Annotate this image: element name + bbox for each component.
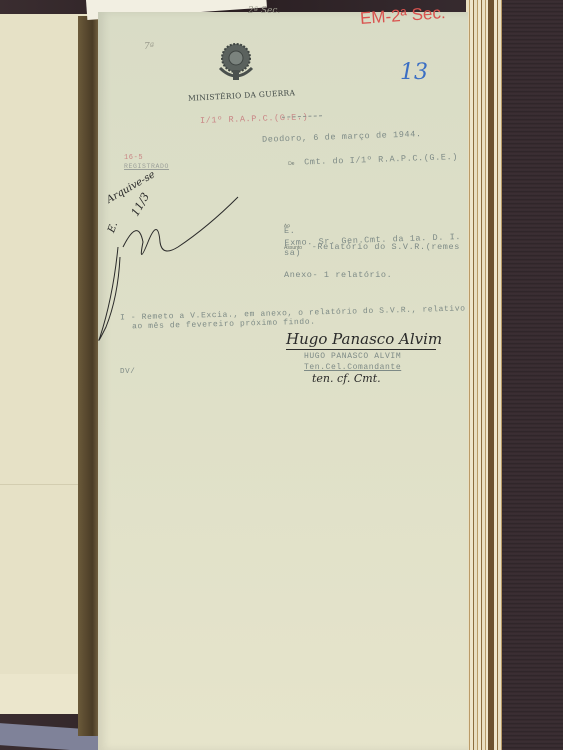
document-page: EM-2ª Sec. 2ª Sec. 13 7ª MINISTÉRIO DA G… (98, 12, 468, 750)
subject-value: -Relatório do S.V.R.(remes (312, 242, 460, 252)
registry-label: REGISTRADO (124, 163, 169, 170)
from-label: De (288, 161, 295, 167)
annex-value: - 1 relatório. (313, 270, 393, 280)
page-stack-edge (466, 0, 502, 750)
pencil-annotation: 2ª Sec. (248, 6, 280, 16)
ministry-name: MINISTÉRIO DA GUERRA (188, 88, 296, 103)
registry-number: 16-5 (124, 154, 143, 162)
signer-title: Ten.Cel.Comandante (304, 363, 401, 372)
date-line: Deodoro, 6 de março de 1944. (262, 129, 422, 145)
from-field: De Cmt. do I/1º R.A.P.C.(G.E.) (288, 146, 458, 170)
page-number: 13 (400, 60, 428, 85)
to-value-cont: E. (284, 226, 295, 236)
desk-surface (500, 0, 563, 750)
corner-annotation: 7ª (144, 42, 154, 52)
handwritten-title: ten. cf. Cmt. (312, 372, 381, 385)
annex-field: Anexo- 1 relatório. (284, 264, 392, 282)
from-value: Cmt. do I/1º R.A.P.C.(G.E.) (304, 152, 458, 167)
typist-initials: DV/ (120, 368, 135, 376)
handwritten-signature: Hugo Panasco Alvim (286, 330, 442, 348)
page-edge (0, 674, 90, 714)
unit-reference: I/1º R.A.P.C.(G.E.) (200, 112, 309, 126)
signer-name: HUGO PANASCO ALVIM (304, 352, 401, 361)
subject-value-cont: sa) (284, 248, 301, 258)
coat-of-arms-icon (216, 40, 256, 86)
subject-field: Assunto -Relatório do S.V.R.(remes (284, 236, 460, 254)
annex-label: Anexo (284, 270, 313, 280)
